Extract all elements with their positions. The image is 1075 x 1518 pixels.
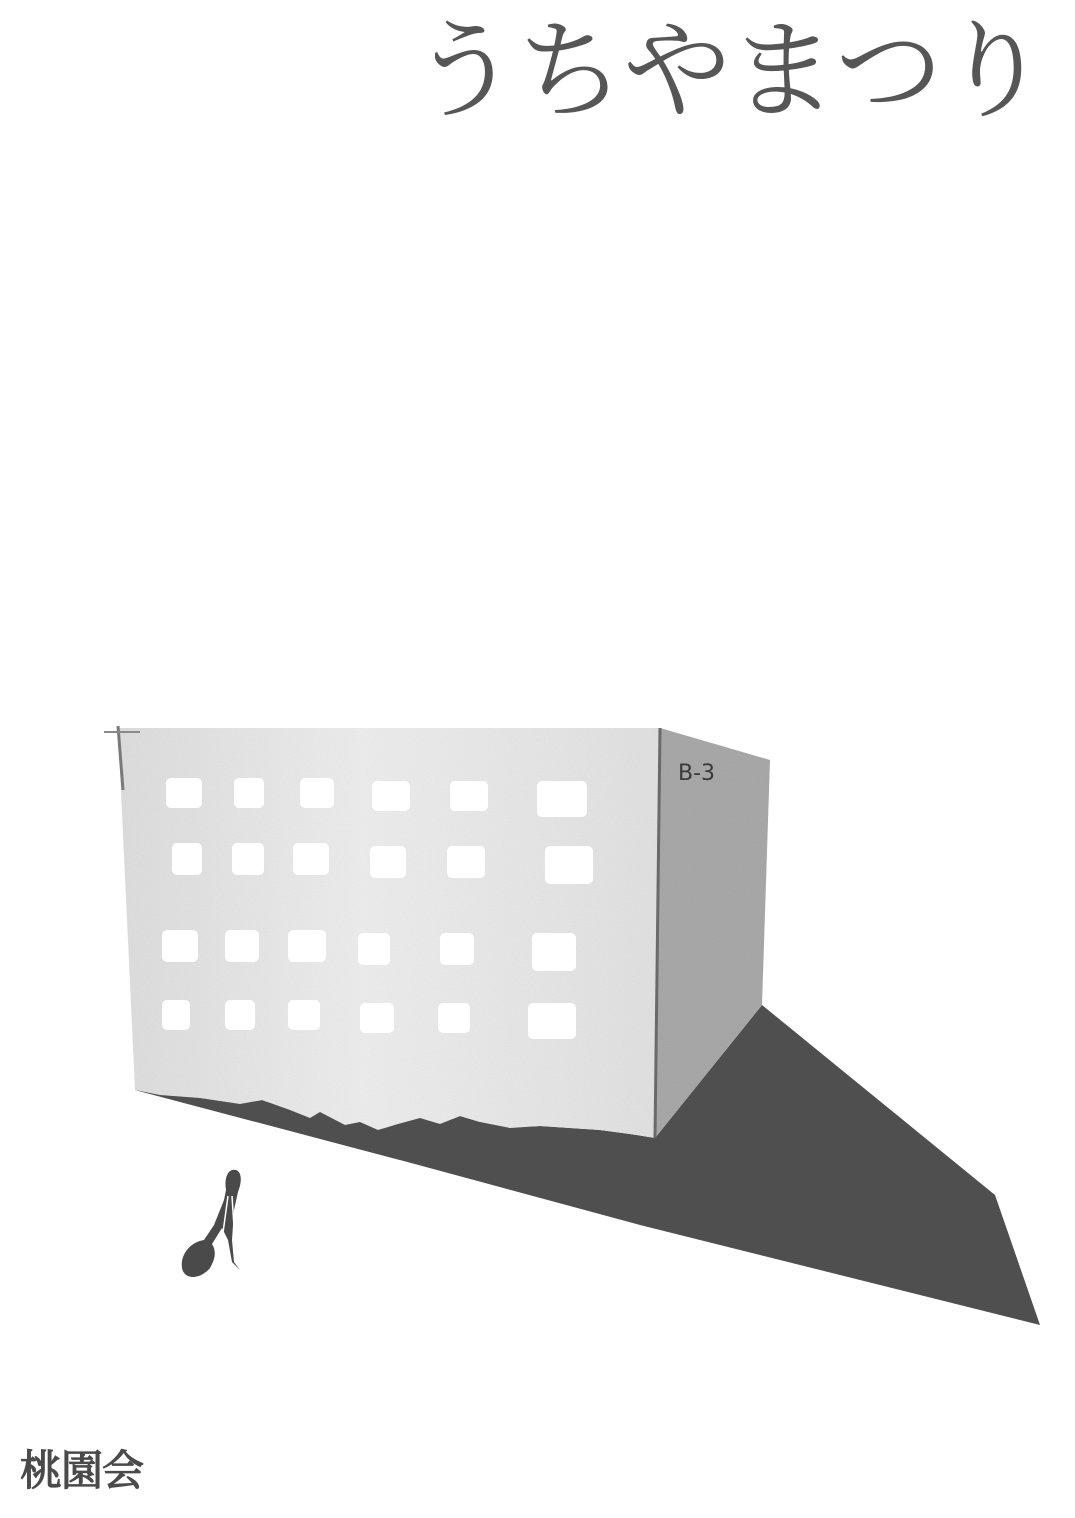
window [370, 846, 406, 878]
window [300, 778, 334, 808]
window [358, 933, 390, 965]
building-label: B-3 [678, 761, 715, 786]
window [293, 843, 329, 875]
window [288, 1000, 320, 1030]
window [532, 933, 576, 971]
window [360, 1003, 394, 1033]
person-figure [182, 1170, 241, 1277]
window [537, 781, 587, 817]
window [288, 930, 326, 962]
window [162, 1000, 190, 1030]
window [528, 1003, 576, 1039]
window [440, 933, 474, 965]
window [372, 781, 410, 811]
publisher-name: 桃園会 [20, 1450, 143, 1492]
window [232, 843, 264, 875]
window [447, 846, 485, 878]
window [162, 930, 198, 962]
window [172, 843, 202, 875]
window [225, 930, 259, 962]
window [545, 846, 593, 884]
window [234, 778, 264, 808]
window [166, 778, 202, 808]
window [225, 1000, 255, 1030]
window [450, 781, 488, 811]
building-illustration: B-3 [0, 0, 1075, 1518]
window [438, 1003, 470, 1033]
